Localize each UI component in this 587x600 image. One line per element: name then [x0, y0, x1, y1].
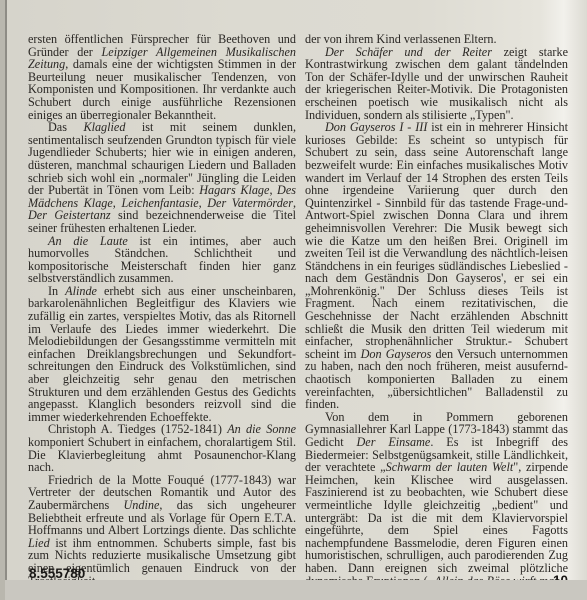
- paragraph: Christoph A. Tiedges (1752-1841) An die …: [28, 423, 296, 473]
- catalog-number: 8.555780: [29, 566, 85, 581]
- text-run: erhebt sich aus einer unscheinbaren, bar…: [28, 284, 296, 424]
- paragraph: Don Gayseros I - III ist ein in mehrerer…: [305, 121, 568, 411]
- text-run: ist ihm entnommen. Schuberts simple, fas…: [28, 536, 296, 588]
- paragraph: An die Laute ist ein intimes, aber auch …: [28, 235, 296, 285]
- paragraph: In Alinde erhebt sich aus einer unschein…: [28, 285, 296, 424]
- text-run: komponiert Schubert in einfachem, choral…: [28, 435, 296, 474]
- italic-title: „Allein das Böse wirft man: [428, 574, 561, 588]
- paragraph: Das Klaglied ist mit seinem dunklen, sen…: [28, 121, 296, 234]
- left-text-column: ersten öffentlichen Fürsprecher für Beet…: [28, 33, 296, 587]
- paragraph: Von dem in Pommern geborenen Gymnasialle…: [305, 411, 568, 587]
- right-text-column: der von ihrem Kind verlassenen Eltern.De…: [305, 33, 568, 587]
- text-run: , damals eine der wichtigsten Stimmen in…: [28, 57, 296, 121]
- page-number: 10: [553, 573, 568, 588]
- paragraph: Der Schäfer und der Reiter zeigt starke …: [305, 46, 568, 122]
- text-run: ist ein in mehrerer Hinsicht kurioses Ge…: [305, 120, 568, 361]
- booklet-page: ersten öffentlichen Fürsprecher für Beet…: [5, 0, 587, 581]
- text-run: ", zirpende Heimchen, kein Klischee wird…: [305, 460, 568, 587]
- paragraph: ersten öffentlichen Fürsprecher für Beet…: [28, 33, 296, 121]
